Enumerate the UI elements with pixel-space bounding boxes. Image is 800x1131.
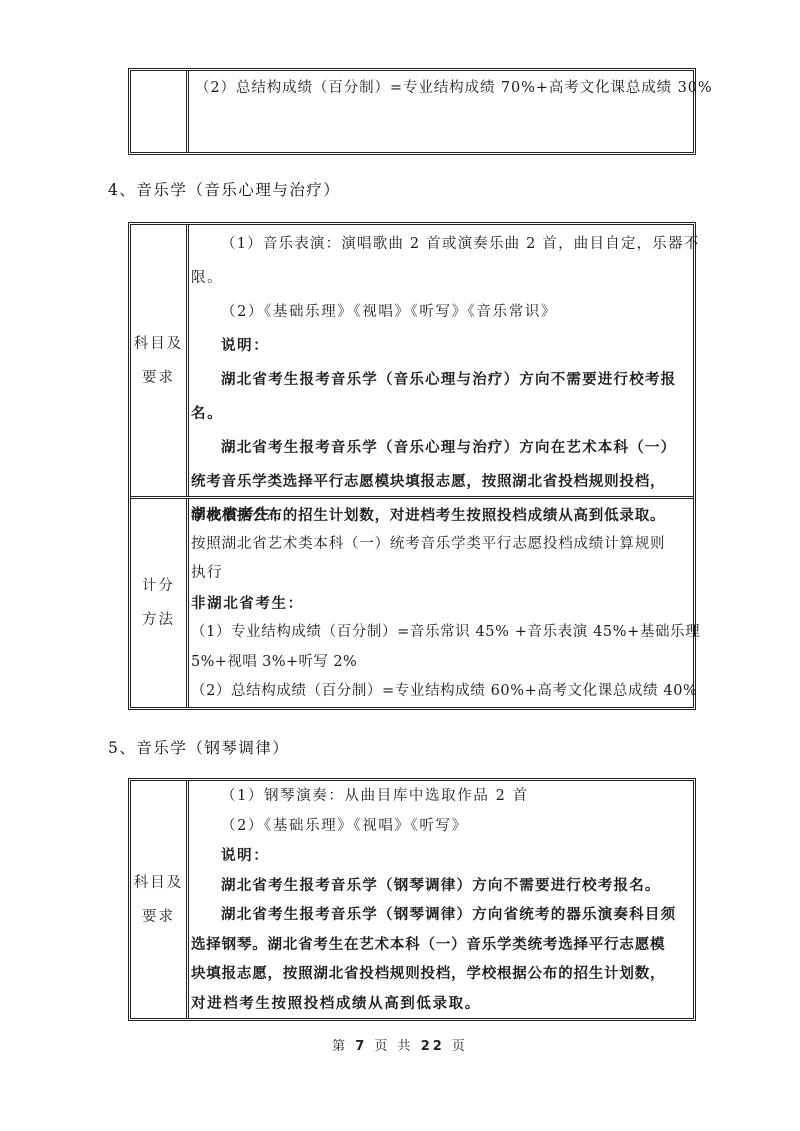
req-item-2: （2）《基础乐理》《视唱》《听写》 [191, 812, 693, 842]
row-content: （2）总结构成绩（百分制）=专业结构成绩 70%+高考文化课总成绩 30% [189, 71, 713, 152]
note-para-2-cont-1: 统考音乐学类选择平行志愿模块填报志愿，按照湖北省投档规则投档， [191, 465, 699, 499]
row-label-requirements: 科目及 要求 [131, 781, 189, 1018]
label-line-1: 科目及 [134, 866, 184, 900]
note-para-2: 湖北省考生报考音乐学（钢琴调律）方向省统考的器乐演奏科目须 [191, 900, 693, 930]
table-row-requirements: 科目及 要求 （1）钢琴演奏：从曲目库中选取作品 2 首 （2）《基础乐理》《视… [131, 781, 693, 1018]
formula-professional-score: （1）专业结构成绩（百分制）=音乐常识 45% +音乐表演 45%+基础乐理 [191, 618, 700, 648]
footer-middle: 页 共 [374, 1039, 413, 1054]
label-line-1: 科目及 [134, 327, 184, 361]
formula-total-score: （2）总结构成绩（百分制）=专业结构成绩 70%+高考文化课总成绩 30% [191, 71, 713, 105]
section-heading-5: 5、音乐学（钢琴调律） [108, 736, 289, 758]
requirements-content: （1）钢琴演奏：从曲目库中选取作品 2 首 （2）《基础乐理》《视唱》《听写》 … [189, 781, 693, 1018]
label-line-1: 计分 [142, 569, 175, 603]
hubei-rule: 按照湖北省艺术类本科（一）统考音乐学类平行志愿投档成绩计算规则 [191, 530, 700, 560]
row-label-requirements: 科目及 要求 [131, 225, 189, 496]
table-section5: 科目及 要求 （1）钢琴演奏：从曲目库中选取作品 2 首 （2）《基础乐理》《视… [128, 778, 696, 1021]
label-line-2: 要求 [142, 361, 175, 395]
non-hubei-candidates-label: 非湖北省考生： [191, 589, 700, 619]
req-item-1-cont: 限。 [191, 261, 699, 295]
req-item-1: （1）钢琴演奏：从曲目库中选取作品 2 首 [191, 782, 693, 812]
note-para-2-cont-1: 选择钢琴。湖北省考生在艺术本科（一）音乐学类统考选择平行志愿模 [191, 930, 693, 960]
total-pages-number: 22 [421, 1039, 445, 1054]
hubei-candidates-label: 湖北省考生： [191, 500, 700, 530]
req-item-2: （2）《基础乐理》《视唱》《听写》《音乐常识》 [191, 295, 699, 329]
note-para-1-cont: 名。 [191, 397, 699, 431]
table-row: （2）总结构成绩（百分制）=专业结构成绩 70%+高考文化课总成绩 30% [131, 71, 693, 152]
note-para-1: 湖北省考生报考音乐学（音乐心理与治疗）方向不需要进行校考报 [191, 363, 699, 397]
page-footer: 第 7 页 共 22 页 [0, 1035, 800, 1054]
table-section3-continuation: （2）总结构成绩（百分制）=专业结构成绩 70%+高考文化课总成绩 30% [128, 68, 696, 155]
scoring-content: 湖北省考生： 按照湖北省艺术类本科（一）统考音乐学类平行志愿投档成绩计算规则 执… [189, 499, 700, 707]
req-item-1: （1）音乐表演：演唱歌曲 2 首或演奏乐曲 2 首，曲目自定，乐器不 [191, 227, 699, 261]
table-row-requirements: 科目及 要求 （1）音乐表演：演唱歌曲 2 首或演奏乐曲 2 首，曲目自定，乐器… [131, 225, 693, 496]
section-heading-4: 4、音乐学（音乐心理与治疗） [108, 178, 340, 200]
note-para-1: 湖北省考生报考音乐学（钢琴调律）方向不需要进行校考报名。 [191, 871, 693, 901]
table-section4: 科目及 要求 （1）音乐表演：演唱歌曲 2 首或演奏乐曲 2 首，曲目自定，乐器… [128, 222, 696, 710]
table-row-scoring: 计分 方法 湖北省考生： 按照湖北省艺术类本科（一）统考音乐学类平行志愿投档成绩… [131, 496, 693, 707]
note-para-2-cont-3: 对进档考生按照投档成绩从高到低录取。 [191, 989, 693, 1019]
label-line-2: 方法 [142, 603, 175, 637]
label-line-2: 要求 [142, 900, 175, 934]
hubei-rule-cont: 执行 [191, 559, 700, 589]
note-para-2: 湖北省考生报考音乐学（音乐心理与治疗）方向在艺术本科（一） [191, 431, 699, 465]
current-page-number: 7 [355, 1039, 367, 1054]
note-para-2-cont-2: 块填报志愿，按照湖北省投档规则投档，学校根据公布的招生计划数， [191, 959, 693, 989]
formula-professional-score-cont: 5%+视唱 3%+听写 2% [191, 648, 700, 678]
row-label-scoring: 计分 方法 [131, 499, 189, 707]
note-label: 说明： [191, 841, 693, 871]
footer-suffix: 页 [452, 1039, 468, 1054]
requirements-content: （1）音乐表演：演唱歌曲 2 首或演奏乐曲 2 首，曲目自定，乐器不 限。 （2… [189, 225, 699, 496]
document-page: （2）总结构成绩（百分制）=专业结构成绩 70%+高考文化课总成绩 30% 4、… [0, 0, 800, 1131]
note-label: 说明： [191, 329, 699, 363]
row-label-empty [131, 71, 189, 152]
footer-prefix: 第 [332, 1039, 348, 1054]
formula-total-score: （2）总结构成绩（百分制）=专业结构成绩 60%+高考文化课总成绩 40% [191, 677, 700, 707]
